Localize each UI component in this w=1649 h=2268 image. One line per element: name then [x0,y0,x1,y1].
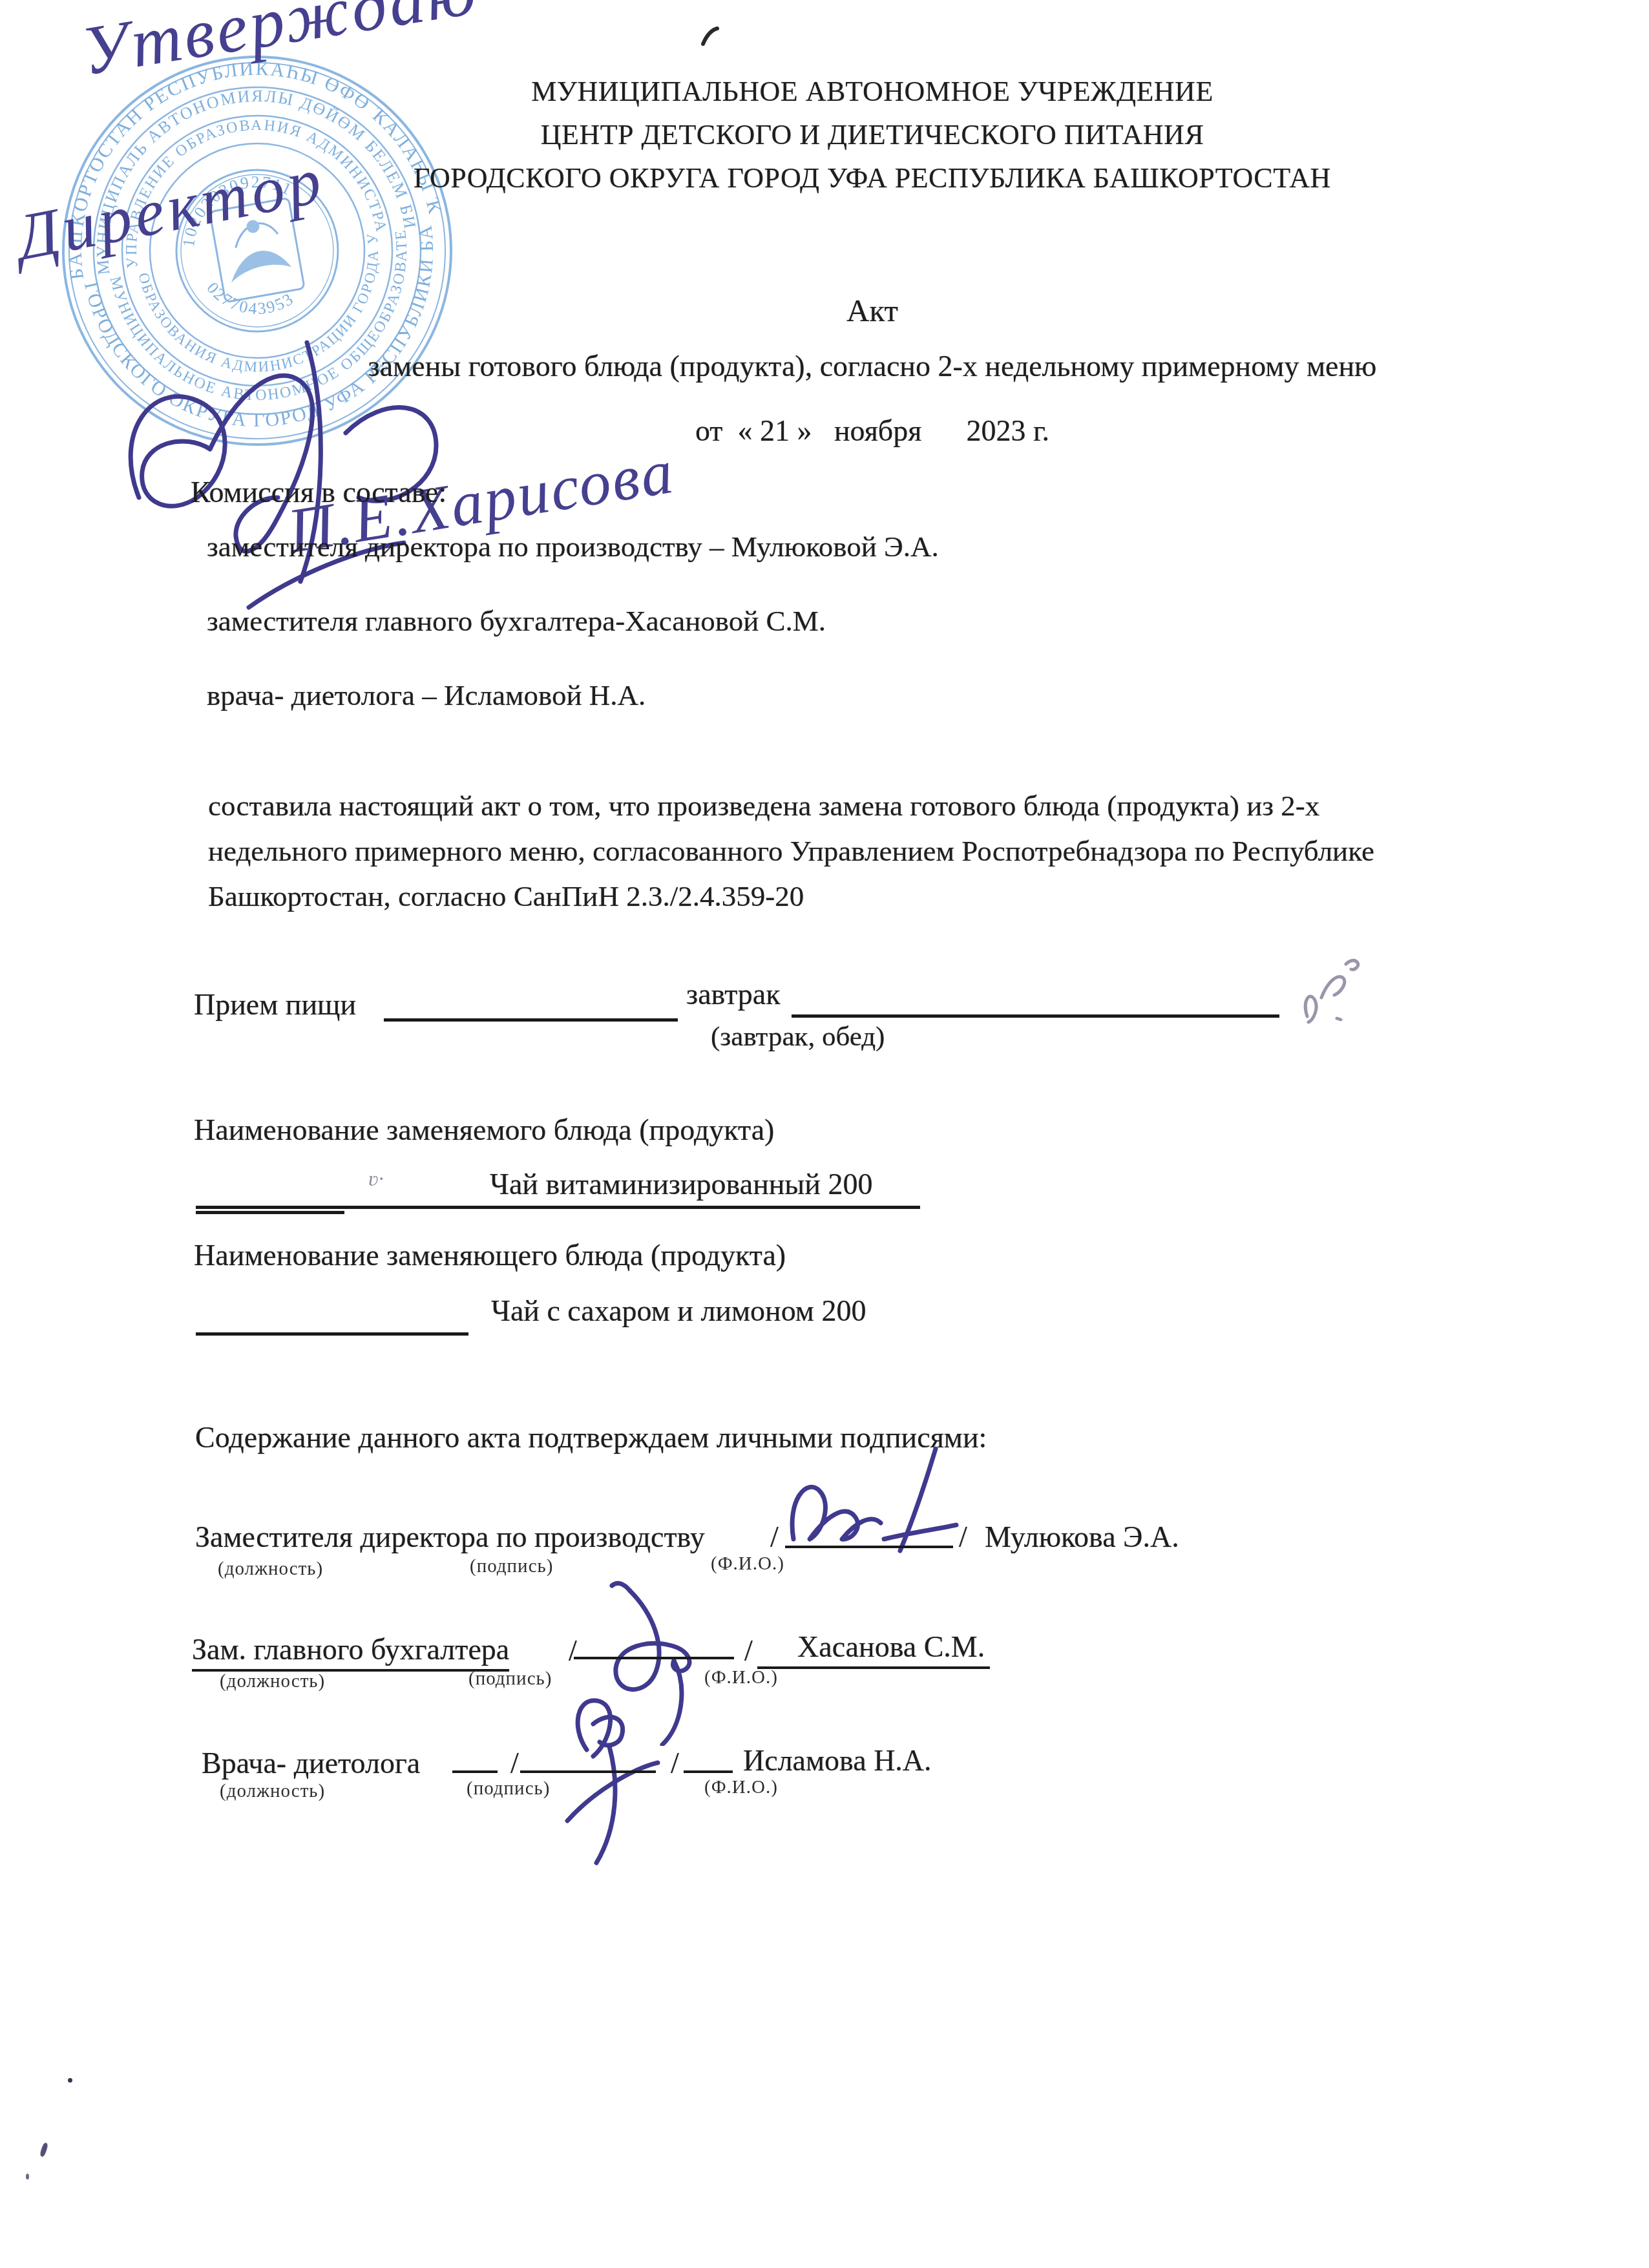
commission-member-1: заместителя директора по производству – … [207,530,939,563]
slash-separator: / [744,1633,753,1668]
label-position: (должность) [220,1781,325,1802]
act-title: Акт [258,292,1486,329]
meal-hint: (завтрак, обед) [711,1021,885,1053]
slash-separator: / [959,1520,967,1554]
accountant-signature-line [574,1631,734,1659]
org-header-line-3: ГОРОДСКОГО ОКРУГА ГОРОД УФА РЕСПУБЛИКА Б… [258,156,1486,200]
body-line-1: составила настоящий акт о том, что произ… [208,783,1552,828]
meal-blank-1 [384,992,678,1022]
label-sign: (подпись) [470,1556,553,1577]
stray-ink-tick [698,26,724,52]
label-sign: (подпись) [468,1668,552,1690]
body-line-2: недельного примерного меню, согласованно… [208,828,1552,874]
meal-value: завтрак [686,977,781,1011]
commission-heading: Комиссия в составе: [191,475,446,509]
body-line-3: Башкортостан, согласно СанПиН 2.3./2.4.3… [208,874,1552,919]
signature-role-doctor: Врача- диетолога [202,1746,420,1780]
org-header-line-1: МУНИЦИПАЛЬНОЕ АВТОНОМНОЕ УЧРЕЖДЕНИЕ [258,70,1486,113]
replacing-dish-value: Чай с сахаром и лимоном 200 [491,1294,866,1328]
act-subtitle: замены готового блюда (продукта), соглас… [207,349,1538,383]
commission-member-2: заместителя главного бухгалтера-Хасаново… [207,604,826,638]
replaced-dish-label: Наименование заменяемого блюда (продукта… [194,1113,774,1147]
slash-separator: / [510,1746,519,1780]
pencil-scribble [1296,955,1367,1039]
doctor-signature-line [520,1745,656,1773]
signature-fio-doctor: Исламова Н.А. [743,1743,932,1778]
act-date-line: от « 21 » ноября 2023 г. [258,414,1486,448]
commission-member-3: врача- диетолога – Исламовой Н.А. [207,678,646,712]
slash-separator: / [770,1520,779,1554]
label-sign: (подпись) [467,1778,550,1800]
ink-speck [39,2142,48,2157]
label-fio: (Ф.И.О.) [711,1553,784,1575]
act-body-paragraph: составила настоящий акт о том, что произ… [208,783,1552,919]
director-signature-line [785,1520,953,1548]
signature-role-director: Заместителя директора по производству [195,1520,705,1554]
slash-separator: / [671,1746,679,1780]
replaced-dish-value: Чай витаминизированный 200 [490,1167,872,1201]
replacing-dish-label: Наименование заменяющего блюда (продукта… [194,1238,786,1272]
replacing-dish-blank [196,1300,468,1336]
meal-blank-2 [792,989,1279,1018]
signature-fio-director: Мулюкова Э.А. [985,1520,1179,1554]
scanned-act-document: БАШҠОРТОСТАН РЕСПУБЛИКАҺЫ ӨФӨ ҠАЛАҺЫ ҠАЛ… [0,0,1649,2268]
label-position: (должность) [218,1559,323,1580]
ink-speck [26,2174,29,2179]
ink-speck [68,2078,72,2083]
org-header-line-2: ЦЕНТР ДЕТСКОГО И ДИЕТИЧЕСКОГО ПИТАНИЯ [258,113,1486,156]
signature-fio-accountant: Хасанова С.М. [757,1630,990,1669]
doctor-blank-2 [684,1745,733,1773]
doctor-blank-1 [452,1745,498,1773]
label-fio: (Ф.И.О.) [704,1777,778,1798]
pencil-tick-mark: ʋ· [368,1167,384,1191]
meal-label: Прием пищи [194,987,356,1022]
replaced-dish-underline-double [196,1175,344,1214]
org-header: МУНИЦИПАЛЬНОЕ АВТОНОМНОЕ УЧРЕЖДЕНИЕ ЦЕНТ… [258,70,1486,200]
label-position: (должность) [220,1671,325,1692]
signature-role-accountant: Зам. главного бухгалтера [192,1632,509,1672]
label-fio: (Ф.И.О.) [704,1667,778,1688]
